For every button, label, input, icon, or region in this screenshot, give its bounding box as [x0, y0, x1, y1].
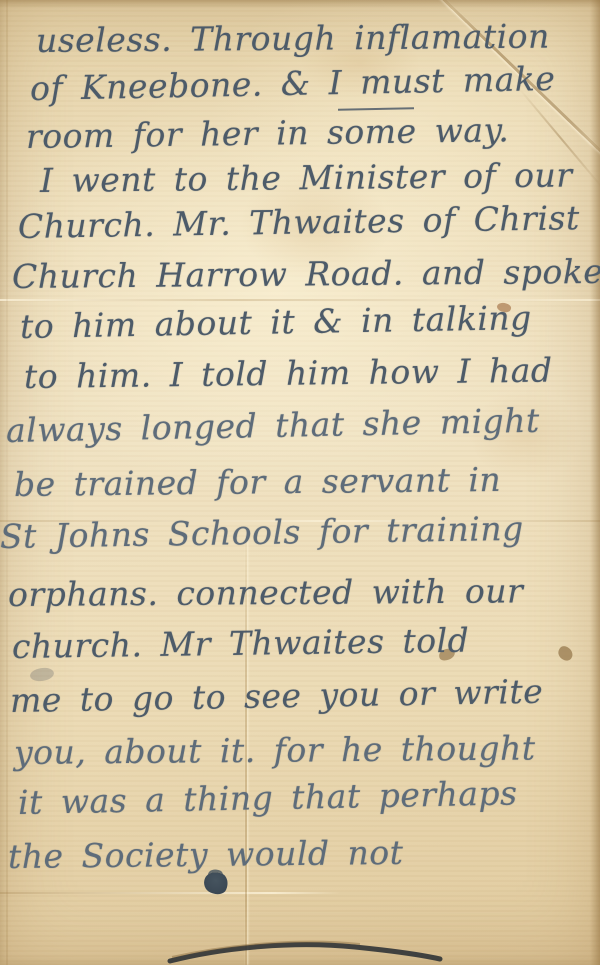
handwritten-line: St Johns Schools for training — [0, 512, 524, 553]
handwritten-line: it was a thing that perhaps — [18, 776, 518, 819]
handwritten-line: room for her in some way. — [26, 113, 510, 153]
handwritten-line: the Society would not — [8, 836, 404, 873]
handwritten-line: useless. Through inflamation — [36, 20, 550, 57]
scanned-letter-page: useless. Through inflamation of Kneebone… — [0, 0, 600, 965]
paper-fold-vertical — [6, 0, 8, 965]
stain — [556, 644, 575, 663]
handwritten-line: always longed that she might — [6, 404, 540, 447]
paper-edge-shading — [0, 0, 600, 8]
handwritten-line: Church Harrow Road. and spoke — [12, 255, 600, 293]
ink-underline-must — [338, 107, 414, 111]
handwritten-line: to him about it & in talking — [20, 301, 532, 343]
handwritten-line: be trained for a servant in — [14, 463, 502, 501]
handwritten-line: orphans. connected with our — [8, 574, 524, 611]
paper-edge-shading — [590, 0, 600, 965]
handwritten-line: to him. I told him how I had — [24, 354, 553, 393]
handwritten-line: I went to the Minister of our — [40, 158, 573, 197]
handwritten-line: Church. Mr. Thwaites of Christ — [18, 201, 580, 243]
handwritten-line: of Kneebone. & I must make — [30, 62, 556, 105]
handwritten-line: church. Mr Thwaites told — [12, 624, 470, 663]
handwritten-line: me to go to see you or write — [10, 675, 544, 717]
paper-fold-horizontal — [0, 892, 340, 894]
letter-paper: useless. Through inflamation of Kneebone… — [0, 0, 600, 965]
handwritten-line: you, about it. for he thought — [14, 731, 536, 769]
